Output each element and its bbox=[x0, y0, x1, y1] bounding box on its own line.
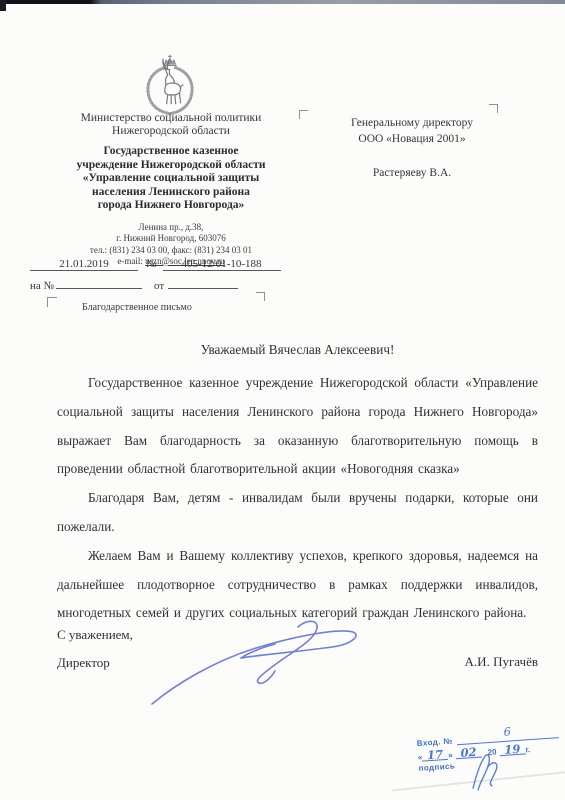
stamp-signature-label: подпись bbox=[418, 761, 455, 773]
address-line: тел.: (831) 234 03 00, факс: (831) 234 0… bbox=[26, 245, 316, 257]
addressee-name: Растеряеву В.А. bbox=[318, 166, 506, 182]
reply-to-blank-line bbox=[56, 276, 142, 289]
coat-of-arms-deer-icon bbox=[138, 54, 202, 116]
reply-to-label: на № bbox=[30, 280, 54, 292]
stamp-quote-close: » bbox=[448, 751, 453, 760]
ministry-line: Нижегородской области bbox=[26, 125, 316, 138]
reply-from-blank-line bbox=[168, 276, 238, 289]
letter-date: 21.01.2019 bbox=[30, 258, 138, 271]
institution-line: «Управление социальной защиты bbox=[26, 172, 316, 186]
address-line: г. Нижний Новгород, 603076 bbox=[26, 233, 316, 245]
closing-regards: С уважением, bbox=[57, 627, 133, 643]
address-line: Ленина пр., д.38, bbox=[26, 222, 316, 234]
director-signature bbox=[146, 591, 370, 709]
letter-number: 405-12/01-10-188 bbox=[163, 258, 281, 271]
reference-block: 21.01.2019 № 405-12/01-10-188 на № от bbox=[30, 258, 282, 292]
stamp-year-suffix: г. bbox=[525, 745, 530, 754]
stamp-day: 17 bbox=[422, 749, 449, 762]
institution-line: Государственное казенное bbox=[26, 145, 316, 159]
stamp-incoming-label: Вход. № bbox=[417, 737, 453, 748]
letterhead-left-column: Министерство социальной политики Нижегор… bbox=[26, 112, 316, 268]
corner-mark bbox=[299, 110, 308, 119]
addressee-company: ООО «Новация 2001» bbox=[318, 132, 506, 148]
reply-from-label: от bbox=[154, 280, 164, 292]
ministry-line: Министерство социальной политики bbox=[26, 112, 316, 125]
letter-body: Государственное казенное учреждение Ниже… bbox=[57, 369, 538, 628]
addressee-title: Генеральному директору bbox=[318, 116, 506, 132]
letter-subject: Благодарственное письмо bbox=[82, 302, 192, 313]
institution-line: учреждение Нижегородской области bbox=[26, 159, 316, 173]
scan-artifact-top-line bbox=[0, 0, 565, 4]
scan-artifact-corner-blot bbox=[0, 0, 6, 11]
number-sign: № bbox=[146, 258, 157, 270]
corner-mark bbox=[256, 292, 265, 301]
body-paragraph: Государственное казенное учреждение Ниже… bbox=[57, 369, 538, 484]
stamp-incoming-number: 6 bbox=[503, 724, 511, 738]
signer-position: Директор bbox=[57, 655, 110, 671]
corner-mark bbox=[489, 104, 498, 113]
addressee-block: Генеральному директору ООО «Новация 2001… bbox=[318, 116, 506, 182]
institution-line: города Нижнего Новгорода» bbox=[26, 199, 316, 213]
institution-line: населения Ленинского района bbox=[26, 186, 316, 200]
corner-mark bbox=[47, 297, 57, 307]
stamp-signature bbox=[460, 750, 507, 793]
greeting-line: Уважаемый Вячеслав Алексеевич! bbox=[57, 342, 538, 358]
body-paragraph: Благодаря Вам, детям - инвалидам были вр… bbox=[57, 484, 538, 542]
signer-name: А.И. Пугачёв bbox=[465, 654, 538, 670]
scanned-letter-page: Министерство социальной политики Нижегор… bbox=[0, 0, 565, 800]
